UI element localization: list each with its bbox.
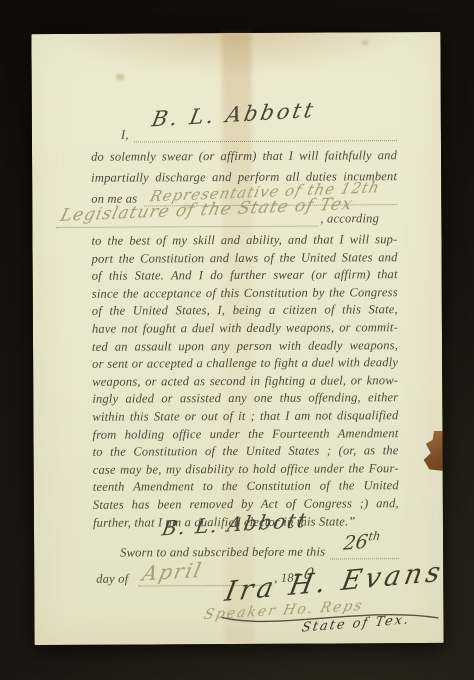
oath-body-line: of the United States, I, being a citizen…	[92, 302, 398, 321]
foxing-spot	[361, 39, 368, 45]
oath-body-line: since the acceptance of this Constitutio…	[92, 284, 398, 303]
oath-body-line: case may be, my disability to hold offic…	[93, 460, 399, 479]
paper-damage-chip	[423, 431, 442, 471]
oath-intro-prefix: I,	[121, 128, 129, 143]
day-of-label: day of	[96, 572, 128, 587]
month-handwriting: April	[140, 558, 205, 586]
oath-body-line: port the Constitution and laws of the Un…	[92, 249, 398, 268]
oath-body-line: within this State or out of it ; that I …	[92, 407, 398, 426]
oath-body: to the best of my skill and ability, and…	[91, 231, 399, 532]
oath-body-line: to the Constitution of the United States…	[93, 442, 399, 461]
office-fill-line-2	[56, 226, 318, 228]
day-fill-line	[330, 558, 399, 559]
oath-line: do solemnly swear (or affirm) that I wil…	[91, 148, 397, 167]
oath-body-line: of this State. And I do further swear (o…	[92, 266, 398, 285]
affiant-name-signature: B. L. Abbott	[150, 98, 318, 132]
oath-body-line: or sent or accepted a challenge to fight…	[92, 354, 398, 373]
oath-body-line: teenth Amendment to the Constitution of …	[93, 477, 399, 496]
sworn-day-handwriting: 26th	[342, 528, 381, 554]
according-suffix: , according	[320, 211, 379, 226]
foxing-spot	[116, 74, 125, 81]
oath-body-line: to the best of my skill and ability, and…	[91, 231, 397, 250]
oath-body-line: weapons, or acted as second in fighting …	[92, 372, 398, 391]
document-paper: I, B. L. Abbott do solemnly swear (or af…	[31, 32, 443, 645]
oath-body-line: ingly aided or assisted any one thus off…	[92, 390, 398, 409]
oath-body-line: from holding office under the Fourteenth…	[92, 425, 398, 444]
name-fill-line	[134, 140, 397, 142]
sworn-line: Sworn to and subscribed before me this	[120, 545, 325, 561]
photo-background: I, B. L. Abbott do solemnly swear (or af…	[0, 0, 474, 680]
oath-body-line: ted an assault upon any person with dead…	[92, 337, 398, 356]
oath-body-line: have not fought a duel with deadly weapo…	[92, 319, 398, 338]
